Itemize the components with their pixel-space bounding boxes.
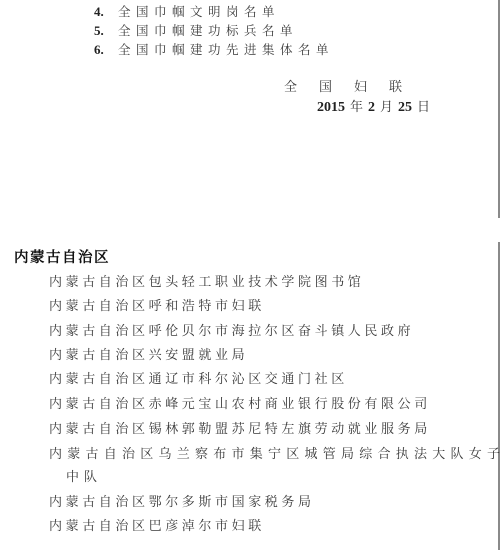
attachment-item: 6.全国巾帼建功先进集体名单 <box>94 40 334 59</box>
organization-item-continuation: 中队 <box>66 467 102 489</box>
attachment-item: 4.全国巾帼文明岗名单 <box>94 2 280 21</box>
organization-item: 内蒙古自治区锡林郭勒盟苏尼特左旗劳动就业服务局 <box>49 419 431 441</box>
organization-item: 内蒙古自治区呼伦贝尔市海拉尔区奋斗镇人民政府 <box>49 321 414 343</box>
attachment-number: 6. <box>94 40 118 59</box>
date-year-unit: 年 <box>350 100 363 115</box>
organization-item: 内蒙古自治区呼和浩特市妇联 <box>49 296 265 318</box>
region-heading: 内蒙古自治区 <box>14 246 110 267</box>
attachment-number: 5. <box>94 21 118 40</box>
attachment-title: 全国巾帼建功标兵名单 <box>118 23 298 38</box>
signature-date: 2015年2月25日 <box>317 96 435 116</box>
date-year: 2015 <box>317 100 345 115</box>
organization-item: 内蒙古自治区兴安盟就业局 <box>49 345 248 367</box>
attachment-title: 全国巾帼建功先进集体名单 <box>118 42 334 57</box>
date-day-unit: 日 <box>417 100 430 115</box>
attachment-item: 5.全国巾帼建功标兵名单 <box>94 21 298 40</box>
date-month-unit: 月 <box>380 100 393 115</box>
organization-item: 内蒙古自治区鄂尔多斯市国家税务局 <box>49 492 315 514</box>
date-day: 25 <box>398 100 412 115</box>
organization-item: 内蒙古自治区乌兰察布市集宁区城管局综合执法大队女子 <box>49 444 500 466</box>
attachment-title: 全国巾帼文明岗名单 <box>118 4 280 19</box>
organization-item: 内蒙古自治区巴彦淖尔市妇联 <box>49 516 265 538</box>
organization-item: 内蒙古自治区通辽市科尔沁区交通门社区 <box>49 369 348 391</box>
organization-item: 内蒙古自治区赤峰元宝山农村商业银行股份有限公司 <box>49 394 431 416</box>
date-month: 2 <box>368 100 375 115</box>
attachment-number: 4. <box>94 2 118 21</box>
organization-item: 内蒙古自治区包头轻工职业技术学院图书馆 <box>49 272 364 294</box>
signature-org: 全国妇联 <box>284 76 424 95</box>
